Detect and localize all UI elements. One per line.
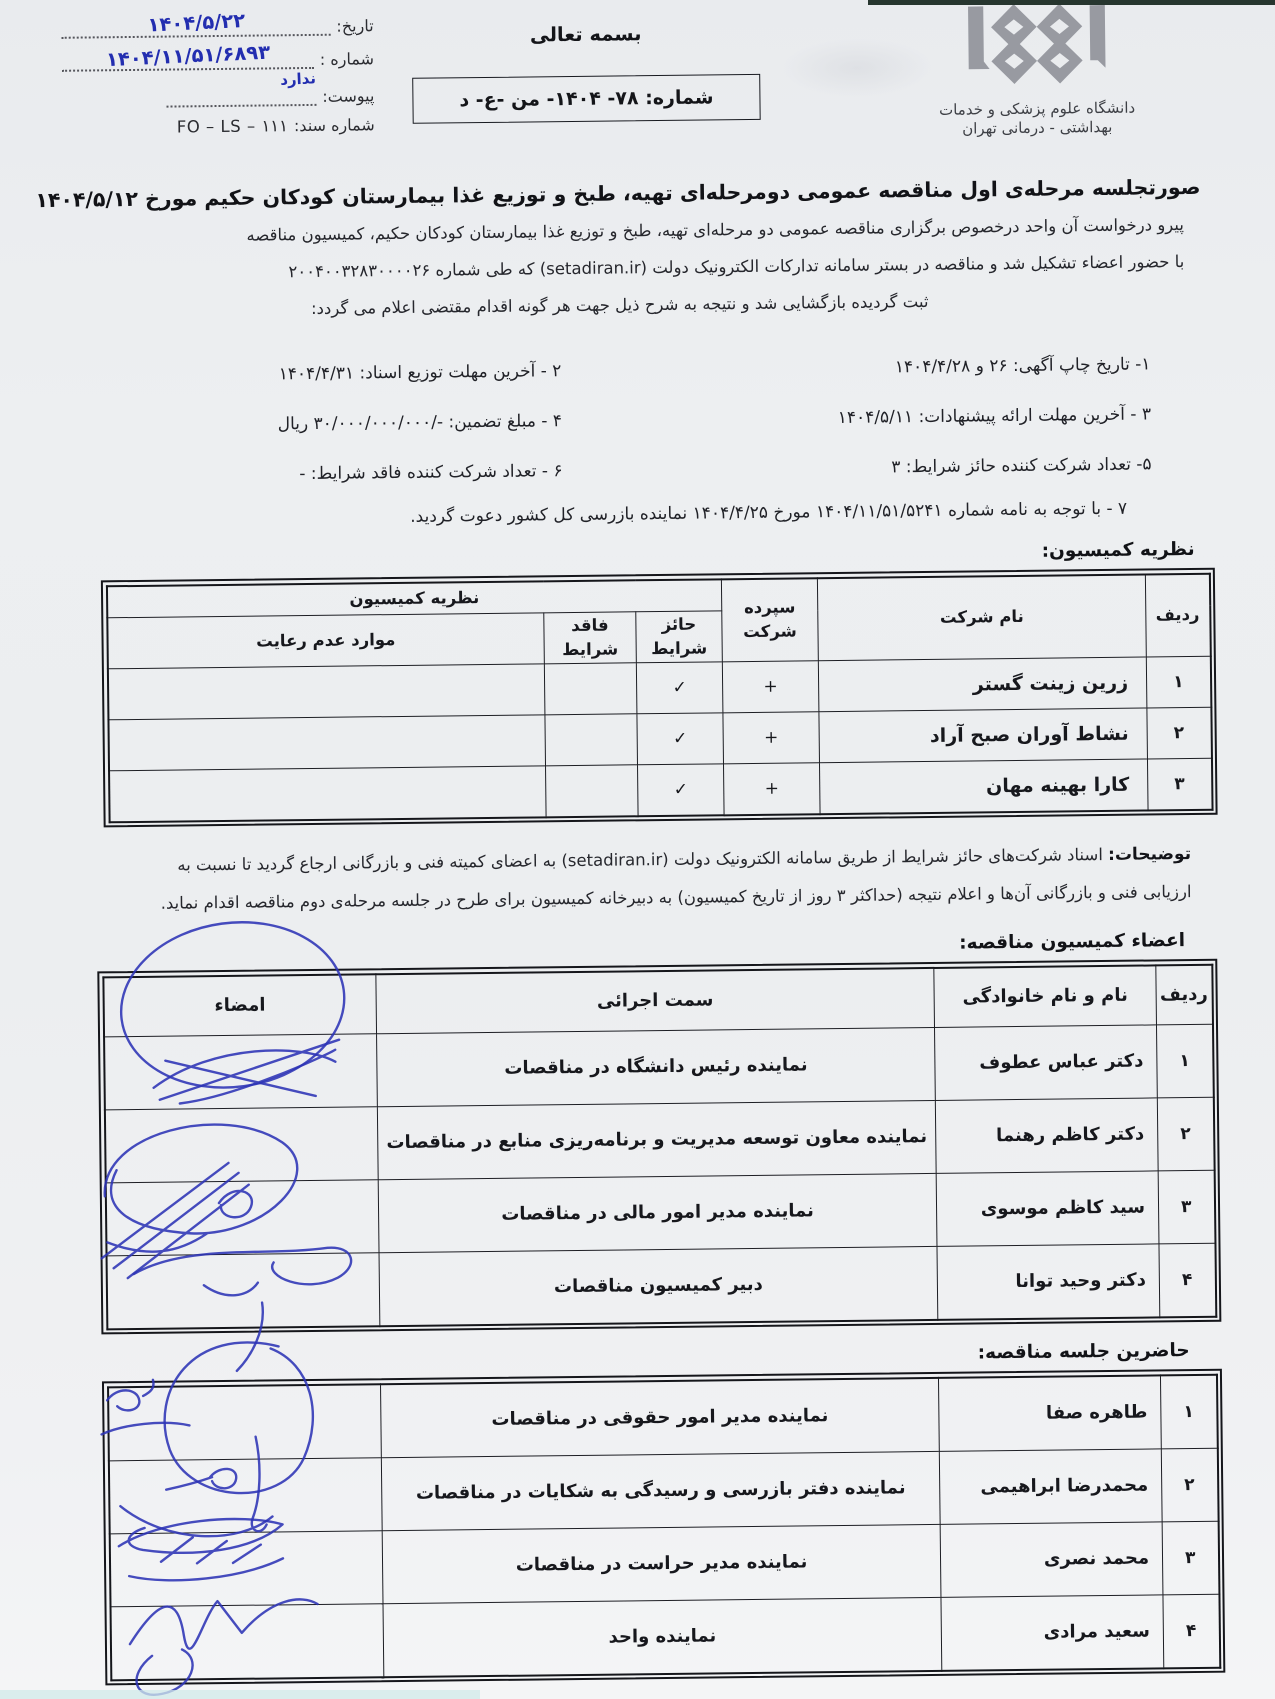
table-row: ۴ سعید مرادی نماینده واحد — [110, 1594, 1220, 1680]
cell-signature — [109, 1531, 383, 1607]
cell-signature — [106, 1253, 380, 1330]
cell-attendee-name: طاهره صفا — [938, 1375, 1161, 1451]
attendees-section-heading: حاضرین جلسه مناقصه: — [7, 1340, 1190, 1374]
cell-noncompliance — [109, 766, 547, 822]
number-value-handwritten: ۱۴۰۴/۱۱/۵۱/۶۸۹۳ — [105, 41, 270, 72]
cell-member-name: دکتر کاظم رهنما — [935, 1098, 1158, 1174]
list-item: ۵- تعداد شرکت کننده حائز شرایط: ۳ — [562, 439, 1152, 496]
column-header-signature: امضاء — [103, 974, 377, 1037]
date-field: تاریخ: ۱۴۰۴/۵/۲۲ — [61, 9, 373, 39]
cell-row-no: ۲ — [1157, 1097, 1214, 1171]
cell-row-no: ۳ — [1147, 758, 1212, 810]
attachment-value-handwritten: ندارد — [280, 69, 317, 89]
cell-company-name: کارا بهینه مهان — [819, 759, 1148, 814]
table-row: ۱ طاهره صفا نماینده مدیر امور حقوقی در م… — [108, 1375, 1218, 1461]
doc-code-field: شماره سند: ⁦FO – LS – ۱۱۱⁩ — [63, 115, 375, 138]
cell-row-no: ۱ — [1156, 1024, 1213, 1098]
cell-signature — [104, 1034, 378, 1110]
column-header-name: نام و نام خانوادگی — [934, 965, 1157, 1027]
number-label: شماره : — [314, 49, 374, 69]
cell-qualified-check: ✓ — [636, 662, 723, 714]
notes-text: اسناد شرکت‌های حائز شرایط از طریق سامانه… — [177, 845, 1103, 874]
cell-attendee-name: سعید مرادی — [941, 1595, 1164, 1671]
doc-code-value: ⁦FO – LS – ۱۱۱⁩ — [177, 116, 288, 136]
scan-edge-strip — [868, 0, 1275, 5]
cell-row-no: ۳ — [1162, 1521, 1219, 1595]
cell-attendee-name: محمدرضا ابراهیمی — [939, 1449, 1162, 1525]
column-header-qualified: حائز شرایط — [636, 611, 723, 663]
number-dotline: ۱۴۰۴/۱۱/۵۱/۶۸۹۳ — [62, 43, 314, 72]
column-header-position: سمت اجرائی — [376, 968, 935, 1034]
column-header-row-no: ردیف — [1145, 573, 1210, 657]
table-row: ۴ دکتر وحید توانا دبیر کمیسیون مناقصات — [106, 1243, 1216, 1329]
letter-number-box: شماره: ۷۸-‏ ۱۴۰۴-‏ من -ع- د — [412, 74, 760, 124]
cell-row-no: ۳ — [1158, 1170, 1215, 1244]
cell-attendee-position: نماینده مدیر حراست در مناقصات — [382, 1524, 941, 1603]
letterhead-center: بسمه تعالی شماره: ۷۸-‏ ۱۴۰۴-‏ من -ع- د — [412, 21, 761, 124]
opinion-table: ردیف نام شرکت سپرده شرکت نظریه کمیسیون ح… — [105, 572, 1213, 823]
tender-detail-list: ۱- تاریخ چاپ آگهی: ۲۶ و ۱۴۰۴/۴/۲۸ ۳ - آخ… — [0, 338, 1272, 502]
cell-row-no: ۱ — [1146, 656, 1211, 708]
cell-unqualified — [544, 663, 637, 715]
cell-signature — [108, 1458, 382, 1534]
cell-row-no: ۴ — [1163, 1594, 1220, 1668]
intro-paragraph: پیرو درخواست آن واحد درخصوص برگزاری مناق… — [54, 206, 1185, 330]
cell-noncompliance — [108, 715, 546, 771]
table-row: ۲ محمدرضا ابراهیمی نماینده دفتر بازرسی و… — [108, 1448, 1218, 1534]
attendees-table-frame: ۱ طاهره صفا نماینده مدیر امور حقوقی در م… — [102, 1369, 1225, 1686]
university-logo-icon — [960, 0, 1113, 93]
cell-row-no: ۱ — [1160, 1375, 1217, 1449]
cell-unqualified — [545, 714, 638, 766]
members-table: ردیف نام و نام خانوادگی سمت اجرائی امضاء… — [102, 964, 1217, 1331]
date-label: تاریخ: — [330, 16, 373, 35]
cell-deposit-mark: + — [723, 763, 820, 816]
column-header-deposit: سپرده شرکت — [721, 578, 818, 662]
list-column-left: ۲ - آخرین مهلت توزیع اسناد: ۱۴۰۴/۴/۳۱ ۴ … — [55, 346, 563, 502]
list-item: ۱- تاریخ چاپ آگهی: ۲۶ و ۱۴۰۴/۴/۲۸ — [561, 339, 1151, 396]
cell-qualified-check: ✓ — [637, 713, 724, 765]
cell-deposit-mark: + — [722, 661, 819, 713]
table-row: ۳ سید کاظم موسوی نماینده مدیر امور مالی … — [105, 1170, 1215, 1256]
cell-member-position: دبیر کمیسیون مناقصات — [379, 1246, 938, 1326]
letterhead: تاریخ: ۱۴۰۴/۵/۲۲ شماره : ۱۴۰۴/۱۱/۵۱/۶۸۹۳… — [0, 0, 1268, 176]
opinion-section-heading: نظریه کمیسیون: — [0, 539, 1195, 574]
members-section-heading: اعضاء کمیسیون مناقصه: — [2, 930, 1185, 964]
attendees-table: ۱ طاهره صفا نماینده مدیر امور حقوقی در م… — [107, 1374, 1221, 1682]
cell-member-name: دکتر وحید توانا — [937, 1244, 1160, 1320]
cell-signature — [105, 1180, 379, 1256]
cell-attendee-position: نماینده مدیر امور حقوقی در مناقصات — [381, 1378, 940, 1458]
notes-paragraph: توضیحات: اسناد شرکت‌های حائز شرایط از طر… — [67, 835, 1192, 923]
date-value-handwritten: ۱۴۰۴/۵/۲۲ — [147, 9, 246, 36]
table-row: ۱ دکتر عباس عطوف نماینده رئیس دانشگاه در… — [104, 1024, 1214, 1110]
cell-deposit-mark: + — [723, 712, 820, 764]
besmellah-text: بسمه تعالی — [412, 21, 760, 48]
column-header-noncompliance: موارد عدم رعایت — [107, 613, 545, 669]
cell-member-position: نماینده رئیس دانشگاه در مناقصات — [377, 1027, 936, 1106]
date-dotline: ۱۴۰۴/۵/۲۲ — [61, 10, 330, 39]
notes-label: توضیحات: — [1108, 844, 1191, 865]
cell-signature — [104, 1107, 378, 1183]
cell-attendee-name: محمد نصری — [940, 1522, 1163, 1598]
document-page: تاریخ: ۱۴۰۴/۵/۲۲ شماره : ۱۴۰۴/۱۱/۵۱/۶۸۹۳… — [0, 0, 1275, 1699]
list-item: ۲ - آخرین مهلت توزیع اسناد: ۱۴۰۴/۴/۳۱ — [59, 346, 561, 402]
cell-qualified-check: ✓ — [637, 764, 724, 816]
cell-noncompliance — [107, 664, 545, 720]
cell-signature — [110, 1604, 384, 1681]
cell-company-name: نشاط آوران صبح آراد — [819, 708, 1148, 763]
cell-row-no: ۴ — [1159, 1243, 1216, 1317]
letterhead-fields: تاریخ: ۱۴۰۴/۵/۲۲ شماره : ۱۴۰۴/۱۱/۵۱/۶۸۹۳… — [61, 9, 374, 145]
table-row: ۳ محمد نصری نماینده مدیر حراست در مناقصا… — [109, 1521, 1219, 1607]
cell-signature — [108, 1384, 382, 1461]
cell-row-no: ۲ — [1161, 1448, 1218, 1522]
attachment-label: پیوست: — [316, 86, 374, 106]
scan-corner-tint — [0, 1690, 480, 1699]
list-item: ۳ - آخرین مهلت ارائه پیشنهادات: ۱۴۰۴/۵/۱… — [562, 389, 1152, 446]
doc-code-label: شماره سند: — [288, 115, 375, 135]
opinion-table-frame: ردیف نام شرکت سپرده شرکت نظریه کمیسیون ح… — [101, 568, 1218, 828]
list-item: ۴ - مبلغ تضمین: ⁦۳۰/۰۰۰/۰۰۰/۰۰۰/-⁩ ریال — [60, 396, 562, 452]
attachment-field: پیوست: ندارد — [62, 82, 374, 109]
attachment-dotline: ندارد — [166, 83, 316, 108]
column-header-company: نام شرکت — [817, 574, 1146, 661]
cell-unqualified — [546, 765, 639, 818]
members-table-frame: ردیف نام و نام خانوادگی سمت اجرائی امضاء… — [97, 959, 1221, 1335]
cell-attendee-position: نماینده واحد — [383, 1597, 942, 1677]
cell-attendee-position: نماینده دفتر بازرسی و رسیدگی به شکایات د… — [381, 1451, 940, 1530]
cell-member-name: دکتر عباس عطوف — [934, 1025, 1157, 1101]
cell-member-position: نماینده مدیر امور مالی در مناقصات — [378, 1173, 937, 1252]
column-header-row-no: ردیف — [1156, 965, 1213, 1025]
column-header-unqualified: فاقد شرایط — [544, 612, 637, 664]
cell-company-name: زرین زینت گستر — [818, 657, 1147, 712]
cell-row-no: ۲ — [1147, 707, 1212, 759]
number-field: شماره : ۱۴۰۴/۱۱/۵۱/۶۸۹۳ — [62, 42, 374, 72]
cell-member-position: نماینده معاون توسعه مدیریت و برنامه‌ریزی… — [377, 1100, 936, 1179]
table-row: ۲ دکتر کاظم رهنما نماینده معاون توسعه مد… — [104, 1097, 1214, 1183]
cell-member-name: سید کاظم موسوی — [936, 1171, 1159, 1247]
list-item: ۶ - تعداد شرکت کننده فاقد شرایط: - — [60, 446, 562, 502]
list-column-right: ۱- تاریخ چاپ آگهی: ۲۶ و ۱۴۰۴/۴/۲۸ ۳ - آخ… — [561, 339, 1152, 496]
letterhead-logo-block: دانشگاه علوم پزشکی و خدمات بهداشتی - درم… — [923, 0, 1150, 140]
